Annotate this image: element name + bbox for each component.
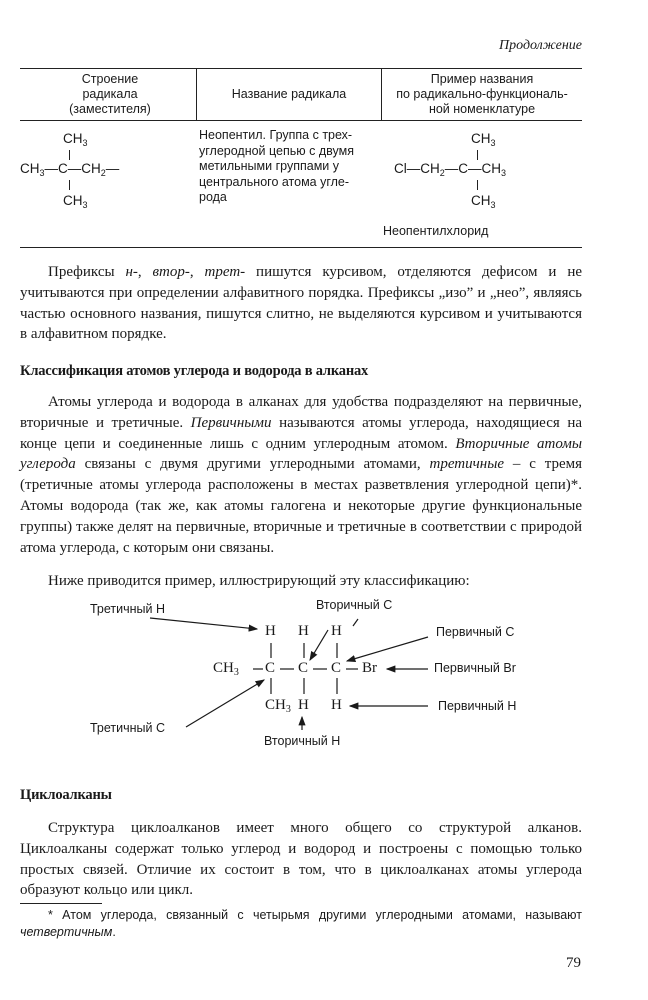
- atom-h-top-2: H: [298, 623, 309, 640]
- atom-h-top-3: H: [331, 623, 342, 640]
- footnote: * Атом углерода, связанный с четырьмя др…: [20, 907, 582, 940]
- text: Структура циклоалканов имеет много общег…: [20, 820, 582, 898]
- atom-h-top-1: H: [265, 623, 276, 640]
- label-tertiary-h: Третичный Н: [90, 602, 165, 616]
- cycloalkanes-paragraph: Структура циклоалканов имеет много общег…: [20, 818, 582, 901]
- text: .: [112, 925, 115, 939]
- atom-ch3-bottom: CH3: [265, 697, 291, 715]
- label-primary-c: Первичный С: [436, 625, 514, 639]
- label-tertiary-c: Третичный С: [90, 721, 165, 735]
- page-number: 79: [566, 955, 581, 972]
- atom-h-bottom-3: H: [331, 697, 342, 714]
- atom-c-1: C: [265, 660, 275, 677]
- section-heading-cycloalkanes: Циклоалканы: [20, 787, 112, 804]
- atom-br: Br: [362, 660, 377, 677]
- atom-h-bottom-2: H: [298, 697, 309, 714]
- atom-ch3-left: CH3: [213, 660, 239, 678]
- label-primary-h: Первичный Н: [438, 699, 516, 713]
- label-primary-br: Первичный Br: [434, 661, 516, 675]
- label-secondary-c: Вторичный С: [316, 598, 392, 612]
- label-secondary-h: Вторичный Н: [264, 734, 340, 748]
- text: * Атом углерода, связанный с четырьмя др…: [48, 908, 582, 922]
- footnote-rule: [20, 903, 102, 904]
- atom-c-2: C: [298, 660, 308, 677]
- italic-text: четвертичным: [20, 925, 112, 939]
- atom-c-3: C: [331, 660, 341, 677]
